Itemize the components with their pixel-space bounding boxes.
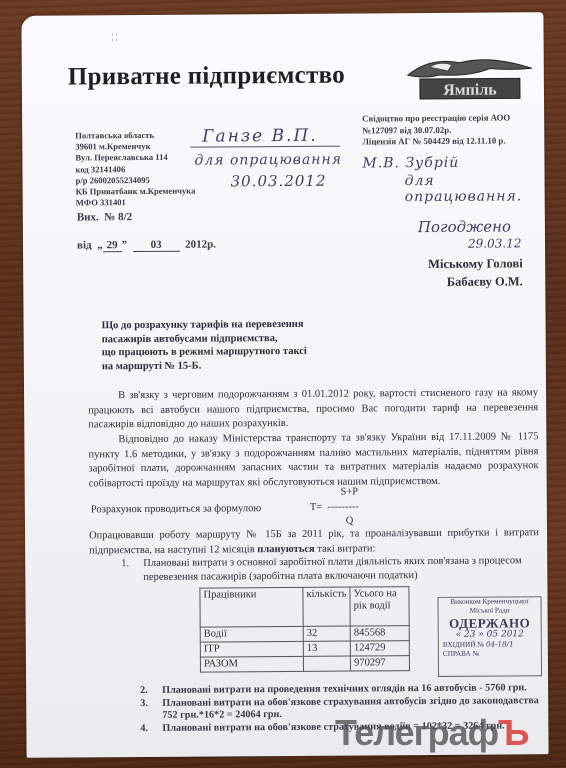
handwritten-second-name: М.В. Зубрій: [362, 155, 459, 172]
list-item: 1.Плановані витрати з основної заробітно…: [121, 554, 531, 584]
handwritten-resolution-date: 30.03.2012: [231, 172, 327, 191]
staff-cost-table: Працівники кількість Усього на рік водії…: [199, 586, 410, 672]
tariff-formula: S+P T= --------- Q: [310, 485, 359, 529]
registration-line: №127097 від 30.07.02р.: [362, 124, 510, 137]
handwritten-second-note: для опрацювання.: [405, 172, 545, 205]
table-row: Водії 32 845568: [200, 626, 409, 642]
company-title: Приватне підприємство: [68, 62, 345, 92]
handwritten-signature-note: Погоджено: [418, 217, 511, 236]
underline-divider: [190, 146, 340, 148]
telegraf-watermark: ТелеграфЪ: [335, 712, 528, 754]
letter-document: ¦ ¦ Приватне підприємство Ямпіль Полтавс…: [21, 12, 548, 758]
received-stamp: Виконком Кременчуцької Міської Ради ОДЕР…: [437, 596, 542, 677]
stamp-incoming: ВХІДНИЙ № 04-18/1: [439, 639, 541, 650]
registration-line: Свідоцтво про реєстрацію серія АОО: [362, 112, 510, 125]
paragraph-justification: Відповідно до наказу Міністерства трансп…: [88, 430, 538, 492]
letter-subject: Що до розрахунку тарифів на перевезення …: [102, 318, 307, 373]
registration-line: Ліцензія АГ № 504429 від 12.11.10 р.: [362, 135, 510, 148]
horse-logo-icon: Ямпіль: [400, 54, 540, 103]
address-line: р/р 26002055234095: [76, 174, 196, 186]
svg-text:Ямпіль: Ямпіль: [443, 82, 497, 99]
outgoing-date: від „29” 03 2012р.: [77, 238, 216, 251]
address-line: код 32141406: [75, 163, 195, 175]
address-line: 39601 м.Кременчук: [75, 141, 195, 153]
address-line: КБ Приватбанк м.Кременчука: [76, 186, 196, 198]
outgoing-number: Вих. № 8/2: [77, 211, 132, 223]
punch-marks: ¦ ¦: [112, 31, 118, 41]
formula-label: Розрахунок проводиться за формулою: [91, 503, 261, 515]
paragraph-request: В зв'язку з черговим подорожчанням з 01.…: [88, 386, 538, 433]
stamp-case: СПРАВА №: [439, 649, 541, 659]
addressee: Міському Голові Бабаєву О.М.: [428, 254, 523, 291]
stamp-title: ОДЕРЖАНО: [439, 615, 541, 631]
registration-info: Свідоцтво про реєстрацію серія АОО №1270…: [362, 112, 510, 148]
address-line: Полтавська область: [75, 130, 195, 142]
handwritten-resolution-name: Ганзе В.П.: [202, 126, 318, 147]
address-line: МФО 331401: [76, 197, 196, 209]
handwritten-resolution-note: для опрацювання: [194, 152, 342, 169]
table-row-total: РАЗОМ 970297: [200, 656, 409, 672]
company-address: Полтавська область 39601 м.Кременчук Вул…: [75, 130, 195, 209]
table-row: ІТР 13 124729: [200, 641, 409, 657]
handwritten-signature-date: 29.03.12: [468, 236, 522, 250]
address-line: Вул. Переяславська 114: [75, 152, 195, 164]
table-header-row: Працівники кількість Усього на рік водії: [200, 587, 409, 627]
